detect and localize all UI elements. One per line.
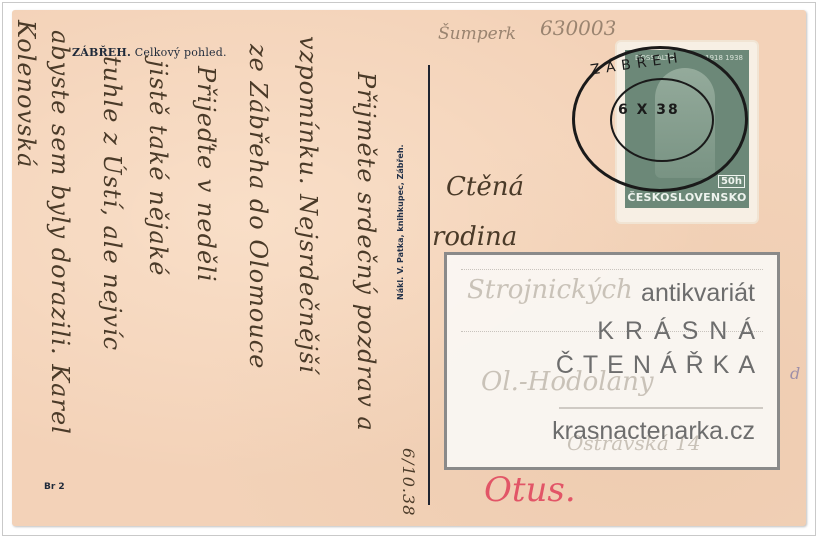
message-line: Přijměte srdečný pozdrav a — [352, 72, 380, 432]
postmark-inner-ring-icon — [610, 78, 714, 162]
address-line: rodina — [432, 222, 517, 252]
message-line: jistě také nějaké — [144, 60, 172, 276]
watermark-box: Strojnických Ol.-Hodolany Ostravská 14 a… — [444, 252, 780, 470]
watermark-url[interactable]: krasnactenarka.cz — [552, 417, 755, 446]
publisher-imprint: Nákl. V. Patka, knihkupec, Zábřeh. — [396, 144, 405, 300]
message-line: Kolenovská — [12, 20, 40, 168]
message-line: abyste sem byly dorazili. Karel — [46, 30, 74, 435]
message-line: tuhle z Ústí, ale nejvíc — [98, 56, 126, 351]
stamp-country: ČESKOSLOVENSKO — [625, 191, 749, 204]
stamp-value: 50h — [718, 175, 745, 188]
series-code: Br 2 — [44, 482, 65, 492]
message-line: Přijeďte v neděli — [192, 66, 220, 283]
solid-rule — [559, 407, 763, 409]
edge-mark: d — [790, 364, 800, 383]
message-line: vzpomínku. Nejsrdečnější — [294, 36, 322, 374]
postcard-caption: ZÁBŘEH. Celkový pohled. — [72, 46, 227, 59]
caption-description: Celkový pohled. — [131, 46, 227, 59]
pencil-number: 630003 — [540, 16, 616, 40]
watermark-krasna: KRÁSNÁ — [597, 317, 766, 346]
handwritten-date: 6/10.38 — [399, 448, 418, 516]
watermark-antikvariat: antikvariát — [641, 279, 755, 308]
faint-address-line: Strojnických — [467, 275, 633, 305]
dotted-rule — [461, 269, 763, 270]
postmark-date: 6 X 38 — [618, 102, 680, 118]
red-signature: Otus. — [484, 470, 576, 510]
watermark-ctenarka: ČTENÁŘKA — [556, 351, 764, 380]
pencil-note: Šumperk — [438, 24, 516, 44]
address-line: Ctěná — [446, 172, 524, 202]
address-divider-line — [428, 65, 430, 505]
message-line: ze Zábřeha do Olomouce — [244, 44, 272, 369]
